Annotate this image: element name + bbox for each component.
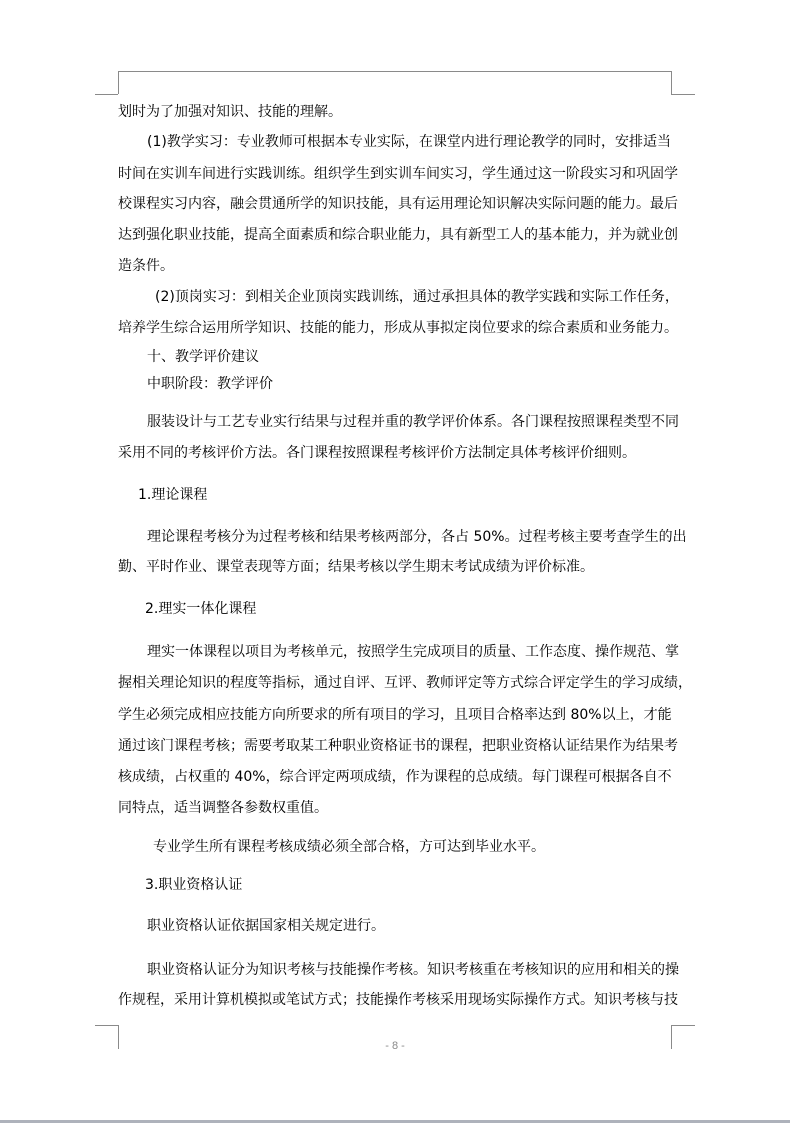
text-line: 十、教学评价建议 xyxy=(147,347,671,367)
text-line: 职业资格认证依据国家相关规定进行。 xyxy=(147,916,671,936)
crop-mark-top-line xyxy=(118,71,671,72)
crop-mark-top-right-horizontal xyxy=(671,94,695,95)
text-line: 作规程，采用计算机模拟或笔试方式；技能操作考核采用现场实际操作方式。知识考核与技 xyxy=(118,990,671,1010)
text-line: 通过该门课程考核；需要考取某工种职业资格证书的课程，把职业资格认证结果作为结果考 xyxy=(118,736,671,756)
text-line: 勤、平时作业、课堂表现等方面；结果考核以学生期末考试成绩为评价标准。 xyxy=(118,557,671,577)
text-line: 2.理实一体化课程 xyxy=(145,599,671,619)
text-line: 服装设计与工艺专业实行结果与过程并重的教学评价体系。各门课程按照课程类型不同 xyxy=(147,412,671,432)
text-line: 培养学生综合运用所学知识、技能的能力，形成从事拟定岗位要求的综合素质和业务能力。 xyxy=(118,318,671,338)
crop-mark-bottom-right-horizontal xyxy=(671,1025,695,1026)
text-line: 同特点，适当调整各参数权重值。 xyxy=(118,798,671,818)
text-line: (1)教学实习：专业教师可根据本专业实际，在课堂内进行理论教学的同时，安排适当 xyxy=(147,132,671,152)
crop-mark-top-left-horizontal xyxy=(95,94,118,95)
crop-mark-top-left-vertical xyxy=(118,71,119,94)
text-line: 专业学生所有课程考核成绩必须全部合格，方可达到毕业水平。 xyxy=(153,837,671,857)
text-line: 校课程实习内容，融会贯通所学的知识技能，具有运用理论知识解决实际问题的能力。最后 xyxy=(118,194,671,214)
text-line: 职业资格认证分为知识考核与技能操作考核。知识考核重在考核知识的应用和相关的操 xyxy=(147,960,671,980)
crop-mark-top-right-vertical xyxy=(671,71,672,94)
text-line: 采用不同的考核评价方法。各门课程按照课程考核评价方法制定具体考核评价细则。 xyxy=(118,443,671,463)
text-line: (2)顶岗实习：到相关企业顶岗实践训练，通过承担具体的教学实践和实际工作任务， xyxy=(155,287,671,307)
text-line: 3.职业资格认证 xyxy=(145,875,671,895)
text-line: 中职阶段：教学评价 xyxy=(147,374,671,394)
text-line: 时间在实训车间进行实践训练。组织学生到实训车间实习，学生通过这一阶段实习和巩固学 xyxy=(118,164,671,184)
text-line: 理实一体课程以项目为考核单元，按照学生完成项目的质量、工作态度、操作规范、掌 xyxy=(147,642,671,662)
page-number: - 8 - xyxy=(0,1040,790,1052)
text-line: 达到强化职业技能，提高全面素质和综合职业能力，具有新型工人的基本能力，并为就业创 xyxy=(118,225,671,245)
text-line: 握相关理论知识的程度等指标，通过自评、互评、教师评定等方式综合评定学生的学习成绩… xyxy=(118,673,671,693)
text-line: 造条件。 xyxy=(118,256,671,276)
text-line: 理论课程考核分为过程考核和结果考核两部分，各占 50%。过程考核主要考查学生的出 xyxy=(147,527,671,547)
crop-mark-bottom-left-horizontal xyxy=(95,1025,119,1026)
text-line: 1.理论课程 xyxy=(138,485,671,505)
text-line: 核成绩，占权重的 40%，综合评定两项成绩，作为课程的总成绩。每门课程可根据各自… xyxy=(118,767,671,787)
text-line: 学生必须完成相应技能方向所要求的所有项目的学习，且项目合格率达到 80%以上，才… xyxy=(118,705,671,725)
text-line: 划时为了加强对知识、技能的理解。 xyxy=(118,102,671,122)
